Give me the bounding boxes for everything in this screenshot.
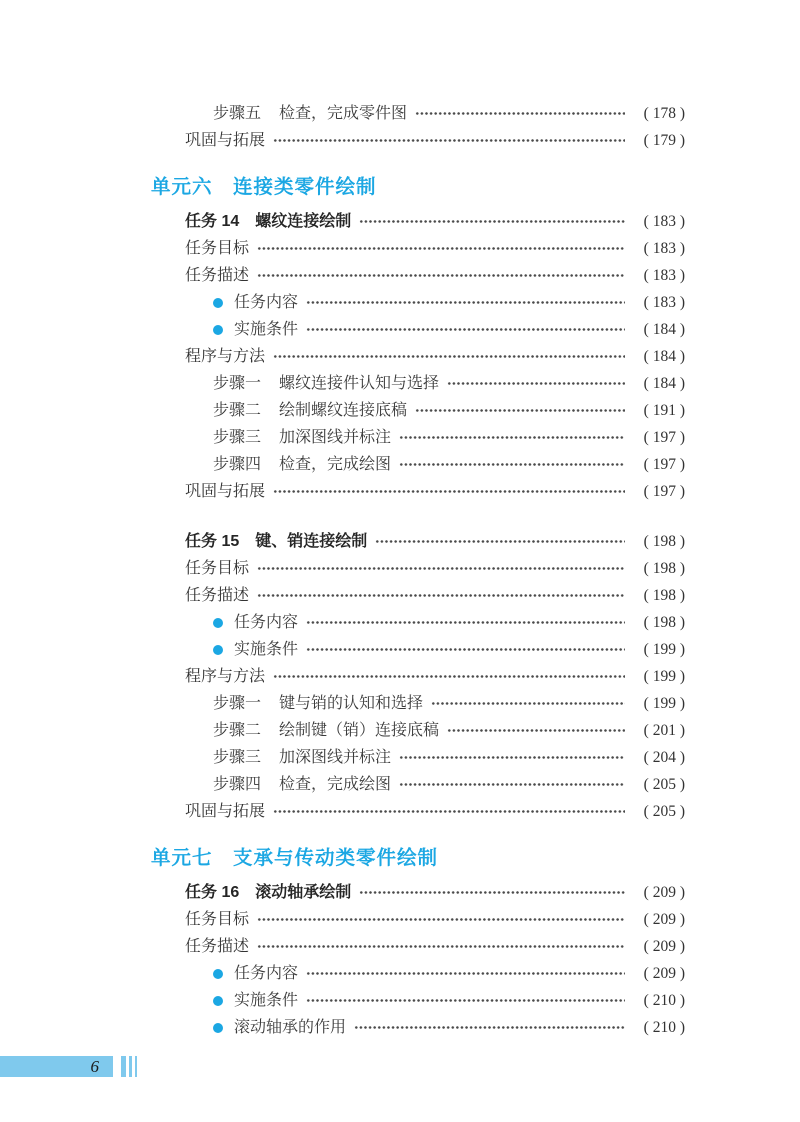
dot-leader [257,906,625,933]
toc-page-number: ( 205 ) [629,798,685,825]
toc-page-number: ( 197 ) [629,478,685,505]
dot-leader [273,663,625,690]
toc-entry-title: 任务内容 [234,289,298,316]
bullet-icon [213,645,223,655]
toc-bullet-row: 实施条件( 184 ) [0,316,800,343]
dot-leader [306,316,625,343]
dot-leader [354,1014,625,1041]
toc-page-number: ( 199 ) [629,636,685,663]
toc-entry-title: 实施条件 [234,636,298,663]
toc-entry-title: 绘制键（销）连接底稿 [279,717,439,744]
footer-page-bar: 6 [0,1056,113,1077]
dot-leader [306,960,625,987]
toc-bullet-row: 任务内容( 209 ) [0,960,800,987]
toc-entry-title: 检查，完成绘图 [279,451,391,478]
toc-entry-title: 程序与方法 [185,663,265,690]
toc-page-number: ( 184 ) [629,316,685,343]
toc-page-number: ( 183 ) [629,262,685,289]
toc-bullet-row: 实施条件( 210 ) [0,987,800,1014]
toc-entry-title: 检查，完成绘图 [279,771,391,798]
toc-entry-title: 任务目标 [185,555,249,582]
toc-task-row: 任务 15 键、销连接绘制( 198 ) [0,528,800,555]
toc-row: 巩固与拓展( 197 ) [0,478,800,505]
dot-leader [306,289,625,316]
step-label: 步骤二 [213,397,261,424]
step-label: 步骤四 [213,451,261,478]
footer-stripe-icon [135,1056,137,1077]
toc-page-number: ( 205 ) [629,771,685,798]
toc-bullet-row: 实施条件( 199 ) [0,636,800,663]
toc-row: 程序与方法( 184 ) [0,343,800,370]
toc-entry-title: 实施条件 [234,316,298,343]
unit-heading: 单元六 连接类零件绘制 [0,170,800,200]
toc-row: 程序与方法( 199 ) [0,663,800,690]
toc-entry-title: 任务 14 螺纹连接绘制 [185,208,351,235]
dot-leader [415,100,625,127]
toc-step-row: 步骤一螺纹连接件认知与选择( 184 ) [0,370,800,397]
toc-page-number: ( 209 ) [629,906,685,933]
toc-entry-title: 实施条件 [234,987,298,1014]
dot-leader [257,262,625,289]
bullet-icon [213,618,223,628]
toc-page-number: ( 184 ) [629,343,685,370]
toc-step-row: 步骤三加深图线并标注( 197 ) [0,424,800,451]
dot-leader [257,933,625,960]
toc-entry-title: 螺纹连接件认知与选择 [279,370,439,397]
toc-entry-title: 任务描述 [185,582,249,609]
dot-leader [359,879,625,906]
dot-leader [273,798,625,825]
dot-leader [399,451,625,478]
toc-page-number: ( 199 ) [629,663,685,690]
toc-task-row: 任务 16 滚动轴承绘制( 209 ) [0,879,800,906]
page-number: 6 [91,1057,100,1077]
toc-entry-title: 巩固与拓展 [185,127,265,154]
toc-entry-title: 检查，完成零件图 [279,100,407,127]
toc-bullet-row: 任务内容( 183 ) [0,289,800,316]
toc-step-row: 步骤三加深图线并标注( 204 ) [0,744,800,771]
toc-step-row: 步骤一键与销的认知和选择( 199 ) [0,690,800,717]
toc-entry-title: 任务内容 [234,609,298,636]
dot-leader [399,771,625,798]
toc-page-number: ( 198 ) [629,555,685,582]
toc-row: 任务目标( 209 ) [0,906,800,933]
dot-leader [273,343,625,370]
toc-page-number: ( 209 ) [629,933,685,960]
toc-entry-title: 巩固与拓展 [185,798,265,825]
bullet-icon [213,325,223,335]
toc-row: 任务描述( 209 ) [0,933,800,960]
dot-leader [273,478,625,505]
toc-bullet-row: 任务内容( 198 ) [0,609,800,636]
toc-entry-title: 任务 15 键、销连接绘制 [185,528,367,555]
dot-leader [257,235,625,262]
footer-stripe-icon [121,1056,126,1077]
toc-page-number: ( 178 ) [629,100,685,127]
toc-page-number: ( 197 ) [629,424,685,451]
toc-step-row: 步骤五检查，完成零件图( 178 ) [0,100,800,127]
toc-page-number: ( 198 ) [629,609,685,636]
toc-page-number: ( 199 ) [629,690,685,717]
dot-leader [399,424,625,451]
unit-heading-label: 单元六 连接类零件绘制 [151,171,377,199]
toc-entry-title: 任务内容 [234,960,298,987]
bullet-icon [213,996,223,1006]
unit-heading: 单元七 支承与传动类零件绘制 [0,841,800,871]
toc-entry-title: 任务 16 滚动轴承绘制 [185,879,351,906]
toc-page-number: ( 183 ) [629,208,685,235]
dot-leader [415,397,625,424]
dot-leader [306,609,625,636]
step-label: 步骤三 [213,744,261,771]
toc-bullet-row: 滚动轴承的作用( 210 ) [0,1014,800,1041]
toc-step-row: 步骤二绘制键（销）连接底稿( 201 ) [0,717,800,744]
dot-leader [306,636,625,663]
toc-page-number: ( 183 ) [629,289,685,316]
table-of-contents: 步骤五检查，完成零件图( 178 )巩固与拓展( 179 )单元六 连接类零件绘… [0,0,800,1041]
dot-leader [273,127,625,154]
toc-row: 任务描述( 183 ) [0,262,800,289]
toc-entry-title: 键与销的认知和选择 [279,690,423,717]
toc-row: 巩固与拓展( 205 ) [0,798,800,825]
step-label: 步骤五 [213,100,261,127]
unit-heading-label: 单元七 支承与传动类零件绘制 [151,842,438,870]
step-label: 步骤一 [213,690,261,717]
toc-page-number: ( 204 ) [629,744,685,771]
bullet-icon [213,298,223,308]
dot-leader [306,987,625,1014]
bullet-icon [213,1023,223,1033]
toc-page-number: ( 209 ) [629,879,685,906]
bullet-icon [213,969,223,979]
dot-leader [431,690,625,717]
step-label: 步骤二 [213,717,261,744]
dot-leader [257,582,625,609]
dot-leader [447,717,625,744]
dot-leader [359,208,625,235]
dot-leader [257,555,625,582]
step-label: 步骤四 [213,771,261,798]
toc-page-number: ( 198 ) [629,528,685,555]
toc-step-row: 步骤二绘制螺纹连接底稿( 191 ) [0,397,800,424]
toc-row: 任务目标( 198 ) [0,555,800,582]
toc-page-number: ( 179 ) [629,127,685,154]
toc-row: 任务描述( 198 ) [0,582,800,609]
toc-entry-title: 任务描述 [185,933,249,960]
toc-entry-title: 加深图线并标注 [279,744,391,771]
toc-page-number: ( 191 ) [629,397,685,424]
toc-page: 步骤五检查，完成零件图( 178 )巩固与拓展( 179 )单元六 连接类零件绘… [0,0,800,1041]
toc-page-number: ( 210 ) [629,1014,685,1041]
toc-entry-title: 绘制螺纹连接底稿 [279,397,407,424]
toc-page-number: ( 184 ) [629,370,685,397]
dot-leader [447,370,625,397]
dot-leader [375,528,625,555]
toc-entry-title: 滚动轴承的作用 [234,1014,346,1041]
toc-entry-title: 加深图线并标注 [279,424,391,451]
toc-entry-title: 程序与方法 [185,343,265,370]
footer-stripe-icon [129,1056,132,1077]
toc-page-number: ( 198 ) [629,582,685,609]
step-label: 步骤一 [213,370,261,397]
toc-page-number: ( 183 ) [629,235,685,262]
toc-entry-title: 任务描述 [185,262,249,289]
toc-entry-title: 任务目标 [185,235,249,262]
toc-entry-title: 巩固与拓展 [185,478,265,505]
toc-page-number: ( 209 ) [629,960,685,987]
footer-stripes-icon [121,1056,137,1077]
toc-page-number: ( 197 ) [629,451,685,478]
toc-task-row: 任务 14 螺纹连接绘制( 183 ) [0,208,800,235]
step-label: 步骤三 [213,424,261,451]
toc-step-row: 步骤四检查，完成绘图( 205 ) [0,771,800,798]
toc-page-number: ( 201 ) [629,717,685,744]
toc-step-row: 步骤四检查，完成绘图( 197 ) [0,451,800,478]
toc-entry-title: 任务目标 [185,906,249,933]
toc-page-number: ( 210 ) [629,987,685,1014]
toc-row: 任务目标( 183 ) [0,235,800,262]
toc-row: 巩固与拓展( 179 ) [0,127,800,154]
dot-leader [399,744,625,771]
